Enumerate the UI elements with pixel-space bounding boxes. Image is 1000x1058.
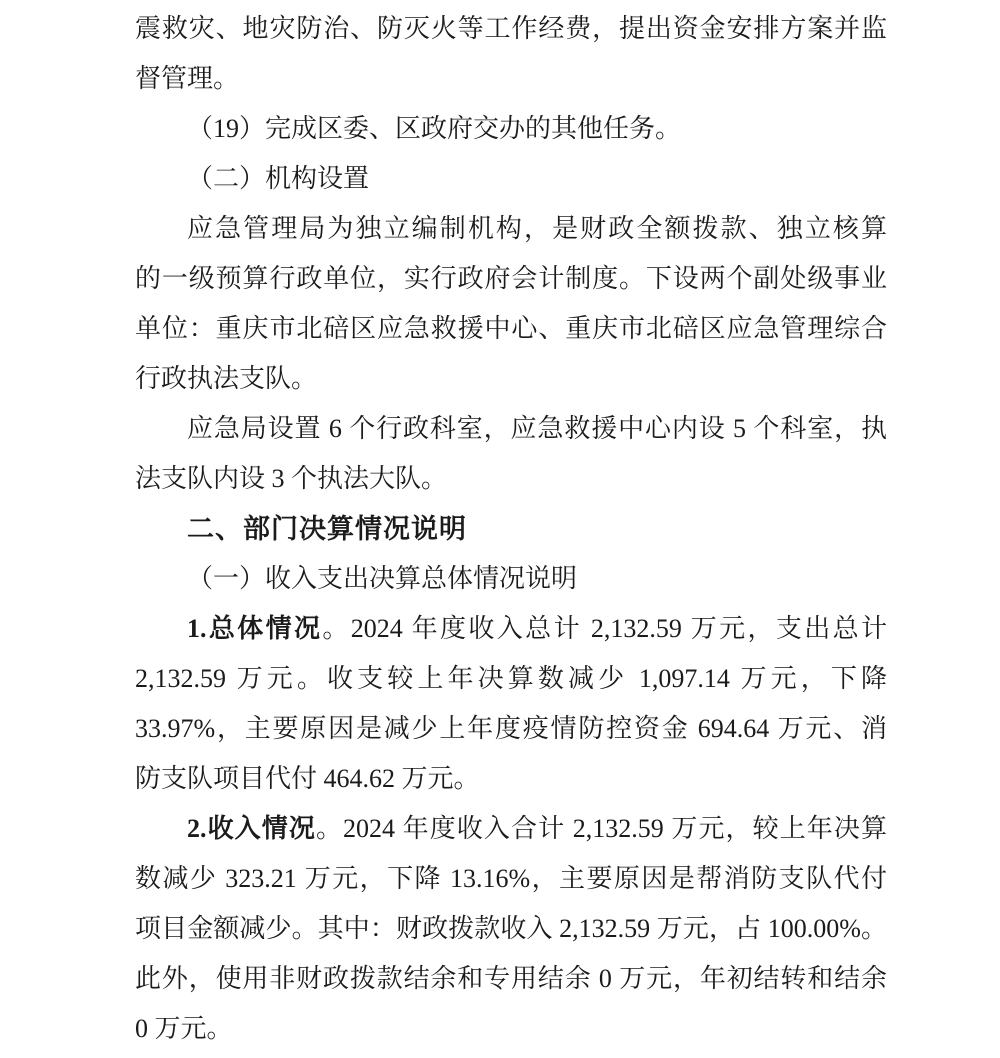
text-line: 此外，使用非财政拨款结余和专用结余 0 万元，年初结转和结余 [135,954,887,1004]
text-run: 法支队内设 3 个执法大队。 [135,464,447,493]
bold-text-run: 2.收入情况 [187,814,316,843]
bold-text-run: 二、部门决算情况说明 [187,514,467,544]
text-line: 震救灾、地灾防治、防灭火等工作经费，提出资金安排方案并监 [135,4,887,54]
text-line: 应急局设置 6 个行政科室，应急救援中心内设 5 个科室，执 [135,404,887,454]
text-line: 33.97%，主要原因是减少上年度疫情防控资金 694.64 万元、消 [135,704,887,754]
text-run: 震救灾、地灾防治、防灭火等工作经费，提出资金安排方案并监 [135,14,887,43]
text-run: 应急局设置 6 个行政科室，应急救援中心内设 5 个科室，执 [187,414,887,443]
text-run: 数减少 323.21 万元，下降 13.16%，主要原因是帮消防支队代付 [135,864,887,893]
text-line: 项目金额减少。其中：财政拨款收入 2,132.59 万元，占 100.00%。 [135,904,887,954]
text-line: 2.收入情况。2024 年度收入合计 2,132.59 万元，较上年决算 [135,804,887,854]
section-heading: 二、部门决算情况说明 [135,504,887,554]
text-run: 行政执法支队。 [135,364,317,393]
text-run: 此外，使用非财政拨款结余和专用结余 0 万元，年初结转和结余 [135,964,887,993]
text-run: 防支队项目代付 464.62 万元。 [135,764,480,793]
text-line: 应急管理局为独立编制机构，是财政全额拨款、独立核算 [135,204,887,254]
text-line: 数减少 323.21 万元，下降 13.16%，主要原因是帮消防支队代付 [135,854,887,904]
text-run: 的一级预算行政单位，实行政府会计制度。下设两个副处级事业 [135,264,887,293]
text-line: （一）收入支出决算总体情况说明 [135,554,887,604]
text-run: （二）机构设置 [187,164,369,193]
text-line: 1.总体情况。2024 年度收入总计 2,132.59 万元，支出总计 [135,604,887,654]
text-run: 33.97%，主要原因是减少上年度疫情防控资金 694.64 万元、消 [135,714,887,743]
text-line: 的一级预算行政单位，实行政府会计制度。下设两个副处级事业 [135,254,887,304]
text-run: （一）收入支出决算总体情况说明 [187,564,577,593]
text-line: （二）机构设置 [135,154,887,204]
text-line: 督管理。 [135,54,887,104]
text-line: 防支队项目代付 464.62 万元。 [135,754,887,804]
text-line: （19）完成区委、区政府交办的其他任务。 [135,104,887,154]
text-run: 单位：重庆市北碚区应急救援中心、重庆市北碚区应急管理综合 [135,314,887,343]
text-run: 。2024 年度收入合计 2,132.59 万元，较上年决算 [316,814,887,843]
text-run: 2,132.59 万元。收支较上年决算数减少 1,097.14 万元，下降 [135,664,887,693]
text-run: 应急管理局为独立编制机构，是财政全额拨款、独立核算 [187,214,887,243]
text-run: 督管理。 [135,64,239,93]
document-body: 震救灾、地灾防治、防灭火等工作经费，提出资金安排方案并监督管理。（19）完成区委… [0,0,1000,1054]
bold-text-run: 1.总体情况 [187,614,322,643]
text-line: 单位：重庆市北碚区应急救援中心、重庆市北碚区应急管理综合 [135,304,887,354]
document-page: 震救灾、地灾防治、防灭火等工作经费，提出资金安排方案并监督管理。（19）完成区委… [0,0,1000,1058]
text-line: 法支队内设 3 个执法大队。 [135,454,887,504]
text-run: （19）完成区委、区政府交办的其他任务。 [187,114,681,143]
text-run: 0 万元。 [135,1014,233,1043]
text-run: 。2024 年度收入总计 2,132.59 万元，支出总计 [322,614,887,643]
text-line: 2,132.59 万元。收支较上年决算数减少 1,097.14 万元，下降 [135,654,887,704]
text-line: 0 万元。 [135,1004,887,1054]
text-run: 项目金额减少。其中：财政拨款收入 2,132.59 万元，占 100.00%。 [135,914,887,943]
text-line: 行政执法支队。 [135,354,887,404]
